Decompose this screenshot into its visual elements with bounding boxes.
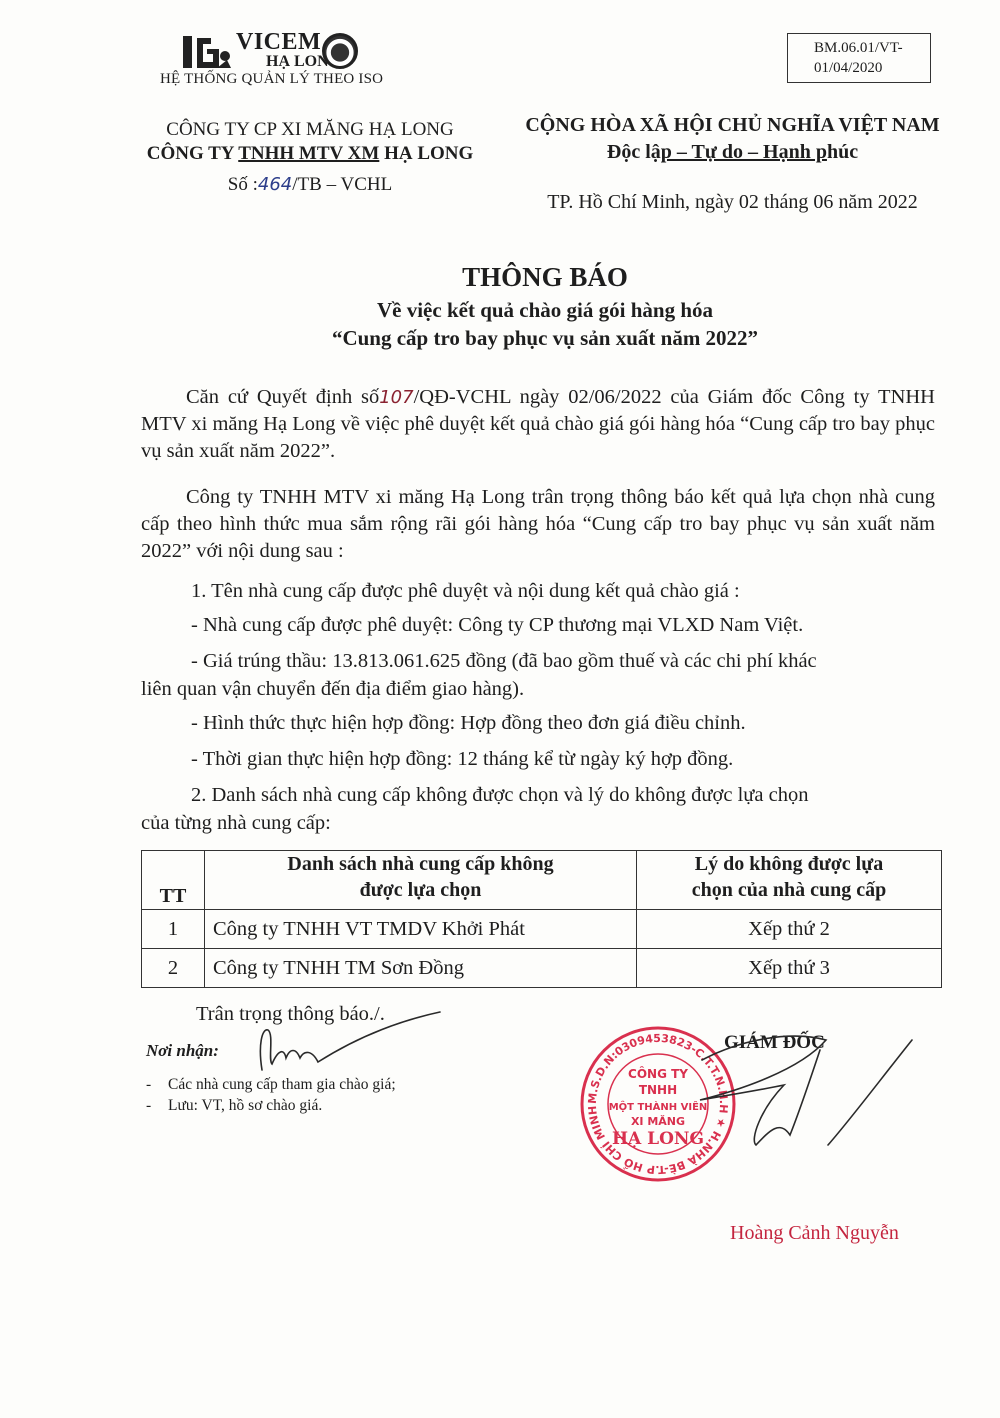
issuing-company-suffix: HẠ LONG [379, 143, 473, 164]
recipient-item: -Lưu: VT, hồ sơ chào giá. [146, 1096, 322, 1116]
header-supplier-name-line1: Danh sách nhà cung cấp không [213, 851, 628, 877]
form-code-box: BM.06.01/VT- 01/04/2020 [787, 33, 931, 83]
row-tt: 2 [142, 949, 205, 988]
header-reason-line2: chọn của nhà cung cấp [645, 877, 933, 903]
header-supplier-name-line2: được lựa chọn [213, 877, 628, 903]
row-reason: Xếp thứ 2 [637, 910, 942, 949]
stamp-line-5: HẠ LONG [612, 1129, 704, 1149]
recipients-label: Nơi nhận: [146, 1041, 219, 1061]
stamp-line-2: TNHH [639, 1083, 677, 1097]
recipient-text: Lưu: VT, hồ sơ chào giá. [168, 1097, 322, 1114]
section-1-heading: 1. Tên nhà cung cấp được phê duyệt và nộ… [141, 578, 935, 605]
contract-type: - Hình thức thực hiện hợp đồng: Hợp đồng… [141, 710, 935, 737]
issuing-company-underlined: TNHH MTV XM [238, 143, 379, 164]
motto-suffix: húc [827, 141, 858, 163]
doc-number-handwritten: 464 [258, 174, 292, 195]
national-header: CỘNG HÒA XÃ HỘI CHỦ NGHĨA VIỆT NAM Độc l… [500, 112, 965, 165]
motto-underlined: p – Tự do – Hạnh p [661, 141, 827, 163]
motto-prefix: Độc lậ [607, 141, 661, 163]
stamp-line-1: CÔNG TY [628, 1066, 688, 1081]
document-subtitle-2: “Cung cấp tro bay phục vụ sản xuất năm 2… [140, 324, 950, 352]
paragraph-legal-basis: Căn cứ Quyết định số107/QĐ-VCHL ngày 02/… [141, 384, 935, 465]
rejected-suppliers-table: TT Danh sách nhà cung cấp khôngđược lựa … [141, 850, 942, 988]
form-code: BM.06.01/VT- [814, 38, 930, 58]
doc-number-prefix: Số : [228, 174, 258, 195]
company-stamp-icon: M.S.D.N:0309453823-C.T.T.N.H.H ★ H.NHÀ B… [578, 1024, 738, 1184]
document-number: Số :464/TB – VCHL [120, 170, 500, 200]
logo-brand: VICEM [236, 30, 321, 54]
document-title-block: THÔNG BÁO Về việc kết quả chào giá gói h… [140, 258, 950, 352]
closing-regards: Trân trọng thông báo./. [196, 1001, 385, 1027]
header-tt: TT [142, 851, 205, 910]
contract-duration: - Thời gian thực hiện hợp đồng: 12 tháng… [141, 746, 935, 773]
recipient-item: -Các nhà cung cấp tham gia chào giá; [146, 1075, 396, 1095]
row-supplier-name: Công ty TNHH VT TMDV Khởi Phát [205, 910, 637, 949]
header-reason-line1: Lý do không được lựa [645, 851, 933, 877]
vicem-logo-mark-icon [183, 34, 231, 70]
p1-prefix: Căn cứ Quyết định số [186, 386, 379, 408]
recipient-text: Các nhà cung cấp tham gia chào giá; [168, 1076, 396, 1093]
signer-title: GIÁM ĐỐC [724, 1032, 825, 1054]
issuing-company: CÔNG TY TNHH MTV XM HẠ LONG [120, 142, 500, 166]
table-row: 1 Công ty TNHH VT TMDV Khởi Phát Xếp thứ… [142, 910, 942, 949]
paragraph-announcement: Công ty TNHH MTV xi măng Hạ Long trân tr… [141, 484, 935, 565]
form-code-date: 01/04/2020 [814, 58, 930, 78]
issuing-organization: CÔNG TY CP XI MĂNG HẠ LONG CÔNG TY TNHH … [120, 118, 500, 200]
winning-price: - Giá trúng thầu: 13.813.061.625 đồng (đ… [141, 648, 935, 675]
row-supplier-name: Công ty TNHH TM Sơn Đồng [205, 949, 637, 988]
approved-supplier: - Nhà cung cấp được phê duyệt: Công ty C… [141, 612, 935, 639]
table-row: 2 Công ty TNHH TM Sơn Đồng Xếp thứ 3 [142, 949, 942, 988]
row-reason: Xếp thứ 3 [637, 949, 942, 988]
parent-company: CÔNG TY CP XI MĂNG HẠ LONG [120, 118, 500, 142]
header-supplier-name: Danh sách nhà cung cấp khôngđược lựa chọ… [205, 851, 637, 910]
company-seal-icon [322, 33, 358, 69]
row-tt: 1 [142, 910, 205, 949]
decision-number-handwritten: 107 [379, 387, 413, 408]
signer-name: Hoàng Cảnh Nguyễn [730, 1222, 899, 1245]
table-header-row: TT Danh sách nhà cung cấp khôngđược lựa … [142, 851, 942, 910]
issuing-company-prefix: CÔNG TY [147, 143, 239, 164]
national-motto: Độc lập – Tự do – Hạnh phúc [500, 139, 965, 165]
winning-price-continued: liên quan vận chuyển đến địa điểm giao h… [141, 676, 935, 703]
document-title: THÔNG BÁO [140, 258, 950, 296]
place-date: TP. Hồ Chí Minh, ngày 02 tháng 06 năm 20… [500, 188, 965, 216]
logo-tagline: HỆ THỐNG QUẢN LÝ THEO ISO [160, 71, 383, 87]
section-2-heading: 2. Danh sách nhà cung cấp không được chọ… [141, 782, 935, 809]
doc-number-suffix: /TB – VCHL [292, 174, 392, 195]
section-2-heading-continued: của từng nhà cung cấp: [141, 810, 935, 837]
document-subtitle-1: Về việc kết quả chào giá gói hàng hóa [140, 296, 950, 324]
nation-title: CỘNG HÒA XÃ HỘI CHỦ NGHĨA VIỆT NAM [500, 112, 965, 139]
stamp-line-4: XI MĂNG [631, 1115, 685, 1128]
header-reason: Lý do không được lựachọn của nhà cung cấ… [637, 851, 942, 910]
stamp-line-3: MỘT THÀNH VIÊN [609, 1100, 708, 1113]
